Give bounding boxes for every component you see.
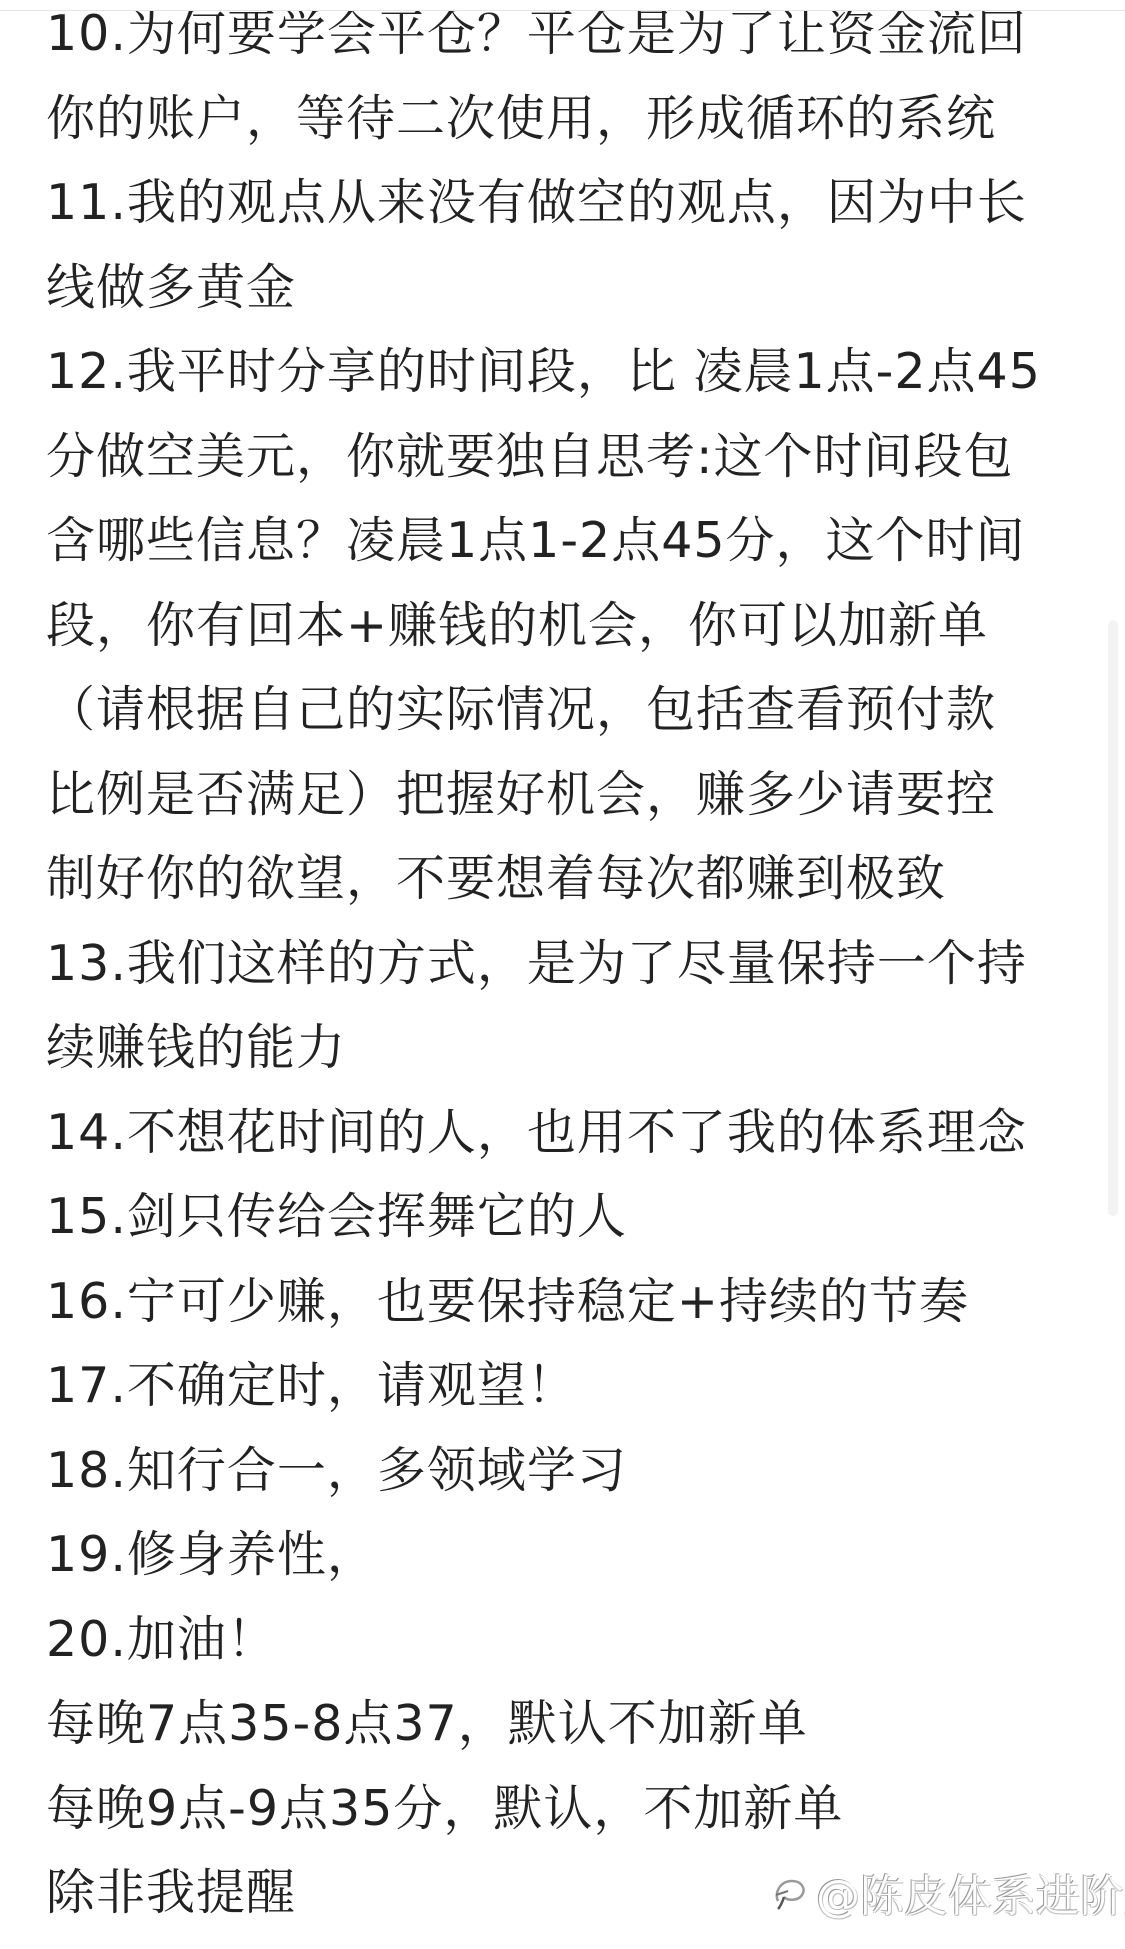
text-line: 10.为何要学会平仓？平仓是为了让资金流回	[46, 0, 1086, 77]
text-line: 12.我平时分享的时间段，比 凌晨1点-2点45	[46, 330, 1086, 415]
vertical-scrollbar[interactable]	[1108, 620, 1118, 1216]
weibo-logo-icon	[770, 1871, 812, 1913]
text-line: 16.宁可少赚，也要保持稳定+持续的节奏	[46, 1260, 1086, 1345]
top-edge-mask	[0, 0, 1125, 10]
watermark-text: @陈皮体系进阶版	[816, 1860, 1125, 1924]
text-line: 每晚7点35-8点37，默认不加新单	[46, 1682, 1086, 1767]
text-line: 19.修身养性，	[46, 1513, 1086, 1598]
text-line: 制好你的欲望，不要想着每次都赚到极致	[46, 837, 1086, 922]
text-line: 含哪些信息？凌晨1点1-2点45分，这个时间	[46, 499, 1086, 584]
text-line: 14.不想花时间的人，也用不了我的体系理念	[46, 1091, 1086, 1176]
text-line: 每晚9点-9点35分，默认，不加新单	[46, 1767, 1086, 1852]
text-line: 18.知行合一，多领域学习	[46, 1429, 1086, 1514]
text-line: 段，你有回本+赚钱的机会，你可以加新单	[46, 584, 1086, 669]
text-line: （请根据自己的实际情况，包括查看预付款	[46, 668, 1086, 753]
text-line: 11.我的观点从来没有做空的观点，因为中长	[46, 161, 1086, 246]
text-line: 13.我们这样的方式，是为了尽量保持一个持	[46, 922, 1086, 1007]
text-line: 分做空美元，你就要独自思考:这个时间段包	[46, 415, 1086, 500]
document-body: 10.为何要学会平仓？平仓是为了让资金流回 你的账户，等待二次使用，形成循环的系…	[46, 0, 1086, 1936]
watermark: @陈皮体系进阶版	[770, 1862, 1125, 1922]
text-line: 15.剑只传给会挥舞它的人	[46, 1175, 1086, 1260]
text-line: 17.不确定时，请观望！	[46, 1344, 1086, 1429]
text-line: 你的账户，等待二次使用，形成循环的系统	[46, 77, 1086, 162]
text-line: 比例是否满足）把握好机会，赚多少请要控	[46, 753, 1086, 838]
text-line: 续赚钱的能力	[46, 1006, 1086, 1091]
text-line: 20.加油！	[46, 1598, 1086, 1683]
text-line: 线做多黄金	[46, 246, 1086, 331]
top-divider	[0, 10, 1125, 11]
